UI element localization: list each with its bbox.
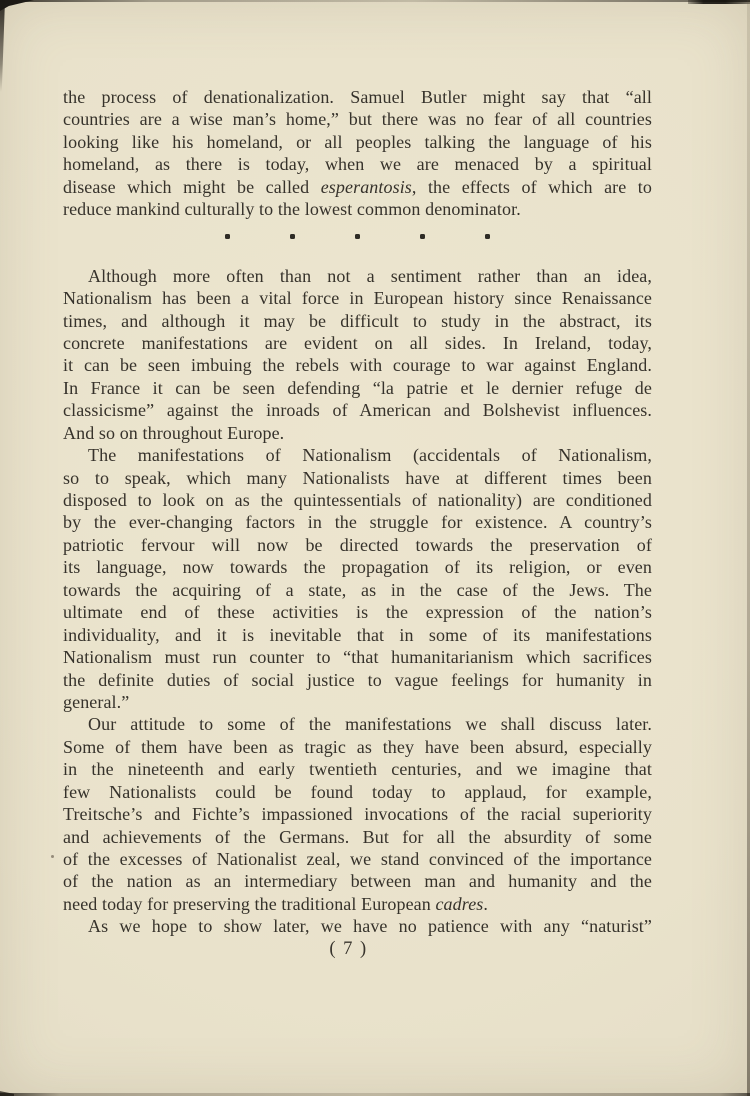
- scan-edge-left: [0, 0, 5, 92]
- text-line: Nationalism has been a vital force in Eu…: [63, 287, 652, 309]
- separator-dot: [290, 234, 295, 239]
- paragraph: As we hope to show later, we have no pat…: [63, 915, 652, 937]
- paragraph: The manifestations of Nationalism (accid…: [63, 444, 652, 713]
- text-line: few Nationalists could be found today to…: [63, 781, 652, 803]
- text-line: patriotic fervour will now be directed t…: [63, 534, 652, 556]
- text-line: disease which might be called esperantos…: [63, 176, 652, 198]
- text-line: In France it can be seen defending “la p…: [63, 377, 652, 399]
- text-line: it can be seen imbuing the rebels with c…: [63, 354, 652, 376]
- text-line: The manifestations of Nationalism (accid…: [63, 444, 652, 466]
- text-line: the process of denationalization. Samuel…: [63, 86, 652, 108]
- text-line: need today for preserving the traditiona…: [63, 893, 652, 915]
- separator-dot: [485, 234, 490, 239]
- paragraph: the process of denationalization. Samuel…: [63, 86, 652, 221]
- text-line: in the nineteenth and early twentieth ce…: [63, 758, 652, 780]
- text-line: and achievements of the Germans. But for…: [63, 826, 652, 848]
- separator-dot: [225, 234, 230, 239]
- text-line: homeland, as there is today, when we are…: [63, 153, 652, 175]
- text-line: individuality, and it is inevitable that…: [63, 624, 652, 646]
- page-number: ( 7 ): [54, 938, 643, 960]
- text-line: And so on throughout Europe.: [63, 422, 652, 444]
- text-line: of the nation as an intermediary between…: [63, 870, 652, 892]
- text-line: Some of them have been as tragic as they…: [63, 736, 652, 758]
- text-block: the process of denationalization. Samuel…: [63, 86, 652, 960]
- separator-dot: [420, 234, 425, 239]
- text-line: countries are a wise man’s home,” but th…: [63, 108, 652, 130]
- text-line: Nationalism must run counter to “that hu…: [63, 646, 652, 668]
- scan-edge-top-right: [688, 0, 750, 4]
- section-continuation: the process of denationalization. Samuel…: [63, 86, 652, 221]
- text-line: by the ever-changing factors in the stru…: [63, 511, 652, 533]
- text-line: its language, now towards the propagatio…: [63, 556, 652, 578]
- text-line: Our attitude to some of the manifestatio…: [63, 713, 652, 735]
- text-line: ultimate end of these activities is the …: [63, 601, 652, 623]
- separator-dots: [225, 234, 490, 239]
- text-line: Treitsche’s and Fichte’s impassioned inv…: [63, 803, 652, 825]
- text-line: towards the acquiring of a state, as in …: [63, 579, 652, 601]
- print-speck: [51, 855, 54, 858]
- text-line: reduce mankind culturally to the lowest …: [63, 198, 652, 220]
- paragraph: Our attitude to some of the manifestatio…: [63, 713, 652, 915]
- book-page: the process of denationalization. Samuel…: [0, 0, 750, 1096]
- scan-edge-top: [0, 0, 750, 2]
- text-line: general.”: [63, 691, 652, 713]
- section-separator: [63, 221, 652, 265]
- scan-edge-top-left: [0, 0, 34, 11]
- paragraph: Although more often than not a sentiment…: [63, 265, 652, 445]
- section-body: Although more often than not a sentiment…: [63, 265, 652, 938]
- text-line: As we hope to show later, we have no pat…: [63, 915, 652, 937]
- text-line: of the excesses of Nationalist zeal, we …: [63, 848, 652, 870]
- text-line: Although more often than not a sentiment…: [63, 265, 652, 287]
- text-line: looking like his homeland, or all people…: [63, 131, 652, 153]
- text-line: classicisme” against the inroads of Amer…: [63, 399, 652, 421]
- text-line: concrete manifestations are evident on a…: [63, 332, 652, 354]
- separator-dot: [355, 234, 360, 239]
- text-line: disposed to look on as the quintessentia…: [63, 489, 652, 511]
- text-line: so to speak, which many Nationalists hav…: [63, 467, 652, 489]
- text-line: times, and although it may be difficult …: [63, 310, 652, 332]
- text-line: the definite duties of social justice to…: [63, 669, 652, 691]
- scan-edge-bottom-left: [0, 1089, 14, 1096]
